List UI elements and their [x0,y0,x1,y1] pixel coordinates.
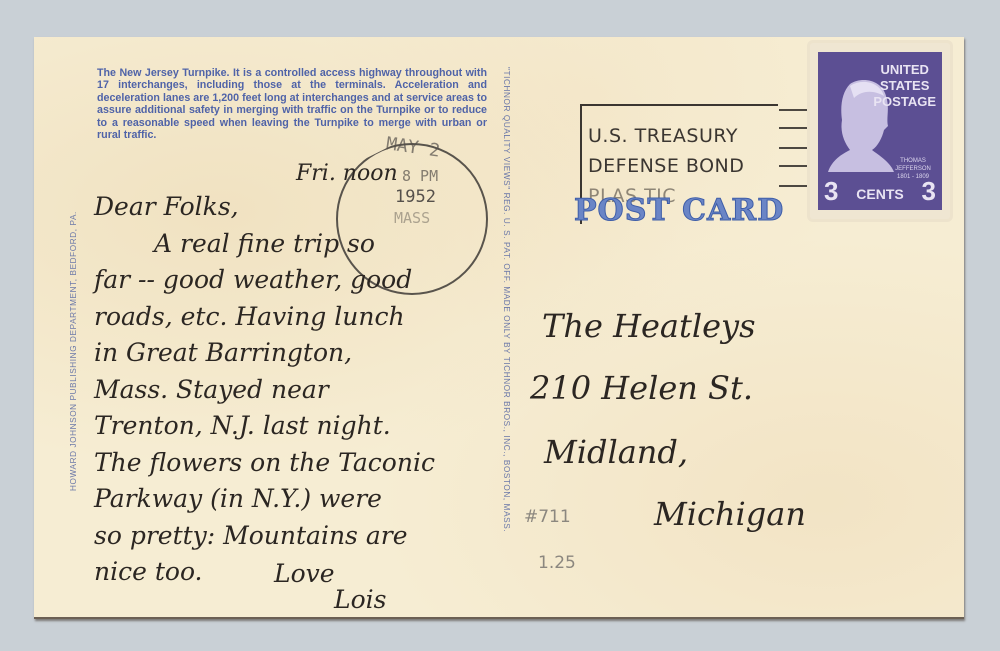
message-line: so pretty: Mountains are [94,518,435,555]
address-line-state: Michigan [654,495,806,533]
printed-description: The New Jersey Turnpike. It is a control… [97,67,487,141]
slogan-line: U.S. TREASURY [588,121,744,151]
message-line: far -- good weather, good [94,262,435,299]
message-line: A real fine trip so [94,226,435,263]
handwritten-message: Dear Folks, A real fine trip so far -- g… [94,189,435,591]
address-line-name: The Heatleys [542,307,756,345]
printer-credit-vertical: "TICHNOR QUALITY VIEWS" REG. U. S. PAT. … [502,67,511,532]
message-dateline: Fri. noon [296,161,398,186]
stamp-country-text: UNITED STATES POSTAGE [873,62,936,110]
slogan-line: DEFENSE BOND [588,151,744,181]
publisher-credit-vertical: HOWARD JOHNSON PUBLISHING DEPARTMENT, BE… [69,211,78,491]
stamp-denomination: 3 CENTS 3 [818,178,942,204]
postmark-time: 8 PM [402,167,438,185]
stamp-face: UNITED STATES POSTAGE THOMAS JEFFERSON 1… [818,52,942,210]
address-line-street: 210 Helen St. [530,369,753,407]
pencil-item-number: #711 [524,507,571,527]
message-closing: Love [274,559,335,588]
message-line: in Great Barrington, [94,335,435,372]
message-line: roads, etc. Having lunch [94,299,435,336]
pencil-price: 1.25 [538,553,576,573]
message-line: Parkway (in N.Y.) were [94,481,435,518]
message-line: Trenton, N.J. last night. [94,408,435,445]
postcard-back: The New Jersey Turnpike. It is a control… [34,37,964,619]
address-line-city: Midland, [544,433,688,471]
message-signature: Lois [334,585,386,614]
postcard-title: POST CARD [574,193,784,228]
message-line: Mass. Stayed near [94,372,435,409]
message-line: The flowers on the Taconic [94,445,435,482]
message-salutation: Dear Folks, [94,189,435,226]
postage-stamp: UNITED STATES POSTAGE THOMAS JEFFERSON 1… [810,43,950,219]
